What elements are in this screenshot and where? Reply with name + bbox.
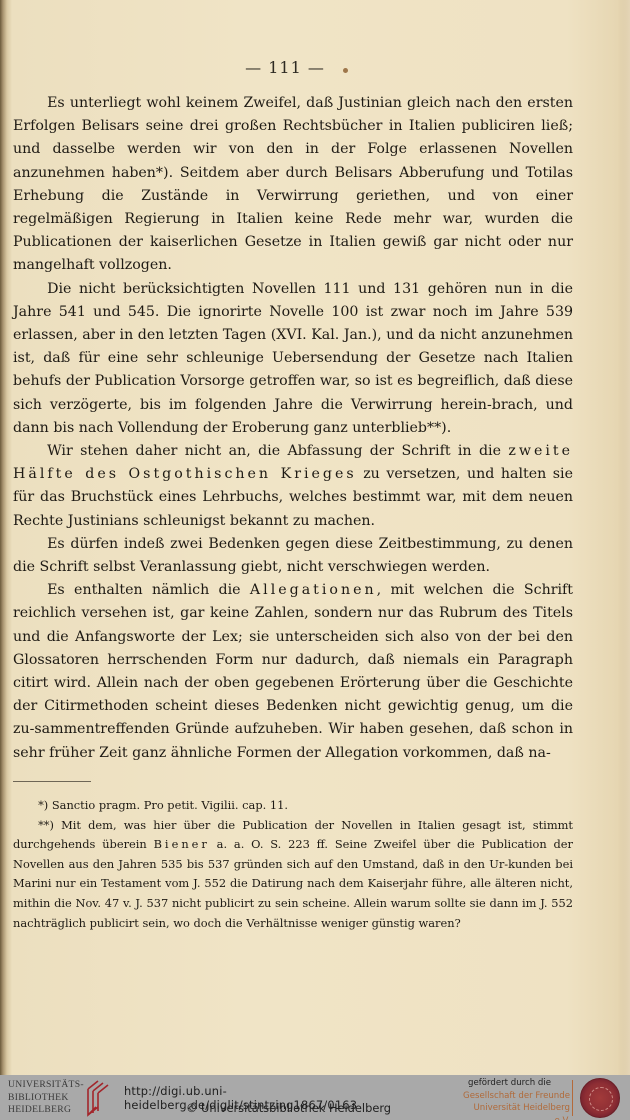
library-name-line: UNIVERSITÄTS- (8, 1079, 88, 1092)
library-footer: UNIVERSITÄTS- BIBLIOTHEK HEIDELBERG http… (0, 1075, 630, 1120)
scanned-book-page: — 111 — Es unterliegt wohl keinem Zweife… (0, 0, 630, 1075)
footer-divider (572, 1080, 573, 1116)
ub-logo-icon (84, 1077, 118, 1117)
body-text: Es unterliegt wohl keinem Zweifel, daß J… (13, 92, 573, 765)
copyright-notice: © Universitätsbibliothek Heidelberg (186, 1101, 391, 1115)
sponsor-lead: gefördert durch die (462, 1077, 570, 1090)
footnote-divider (13, 781, 91, 782)
sponsor-org-line: Universität Heidelberg e.V. (462, 1102, 570, 1120)
library-name: UNIVERSITÄTS- BIBLIOTHEK HEIDELBERG (8, 1079, 88, 1117)
paragraph-5-end: , mit welchen die Schrift reichlich vers… (13, 582, 573, 760)
page-number: — 111 — (0, 58, 630, 77)
paragraph-3-start: Wir stehen daher nicht an, die Abfassung… (47, 443, 508, 459)
paragraph-5-start: Es enthalten nämlich die (47, 582, 250, 598)
paragraph-3: Wir stehen daher nicht an, die Abfassung… (13, 440, 573, 533)
footnote-text: Sanctio pragm. Pro petit. Vigilii. cap. … (52, 798, 288, 812)
library-name-line: HEIDELBERG (8, 1104, 88, 1117)
paragraph-4: Es dürfen indeß zwei Bedenken gegen dies… (13, 533, 573, 579)
sponsor-org-line: Gesellschaft der Freunde (462, 1090, 570, 1103)
footnote-1: *) Sanctio pragm. Pro petit. Vigilii. ca… (13, 796, 573, 816)
paragraph-5: Es enthalten nämlich die Allegationen, m… (13, 579, 573, 765)
emphasis-spaced: Biener (154, 837, 210, 851)
paragraph-2: Die nicht berücksichtigten Novellen 111 … (13, 278, 573, 440)
footnote-mark: *) (38, 798, 48, 812)
university-seal-icon (580, 1078, 620, 1118)
sponsor-credit: gefördert durch die Gesellschaft der Fre… (462, 1077, 570, 1120)
paragraph-1: Es unterliegt wohl keinem Zweifel, daß J… (13, 92, 573, 278)
footnote-2: **) Mit dem, was hier über die Publicati… (13, 816, 573, 934)
emphasis-spaced: Allegationen (250, 582, 377, 598)
footnotes: *) Sanctio pragm. Pro petit. Vigilii. ca… (13, 796, 573, 933)
footnote-mark: **) (38, 818, 54, 832)
library-name-line: BIBLIOTHEK (8, 1092, 88, 1105)
